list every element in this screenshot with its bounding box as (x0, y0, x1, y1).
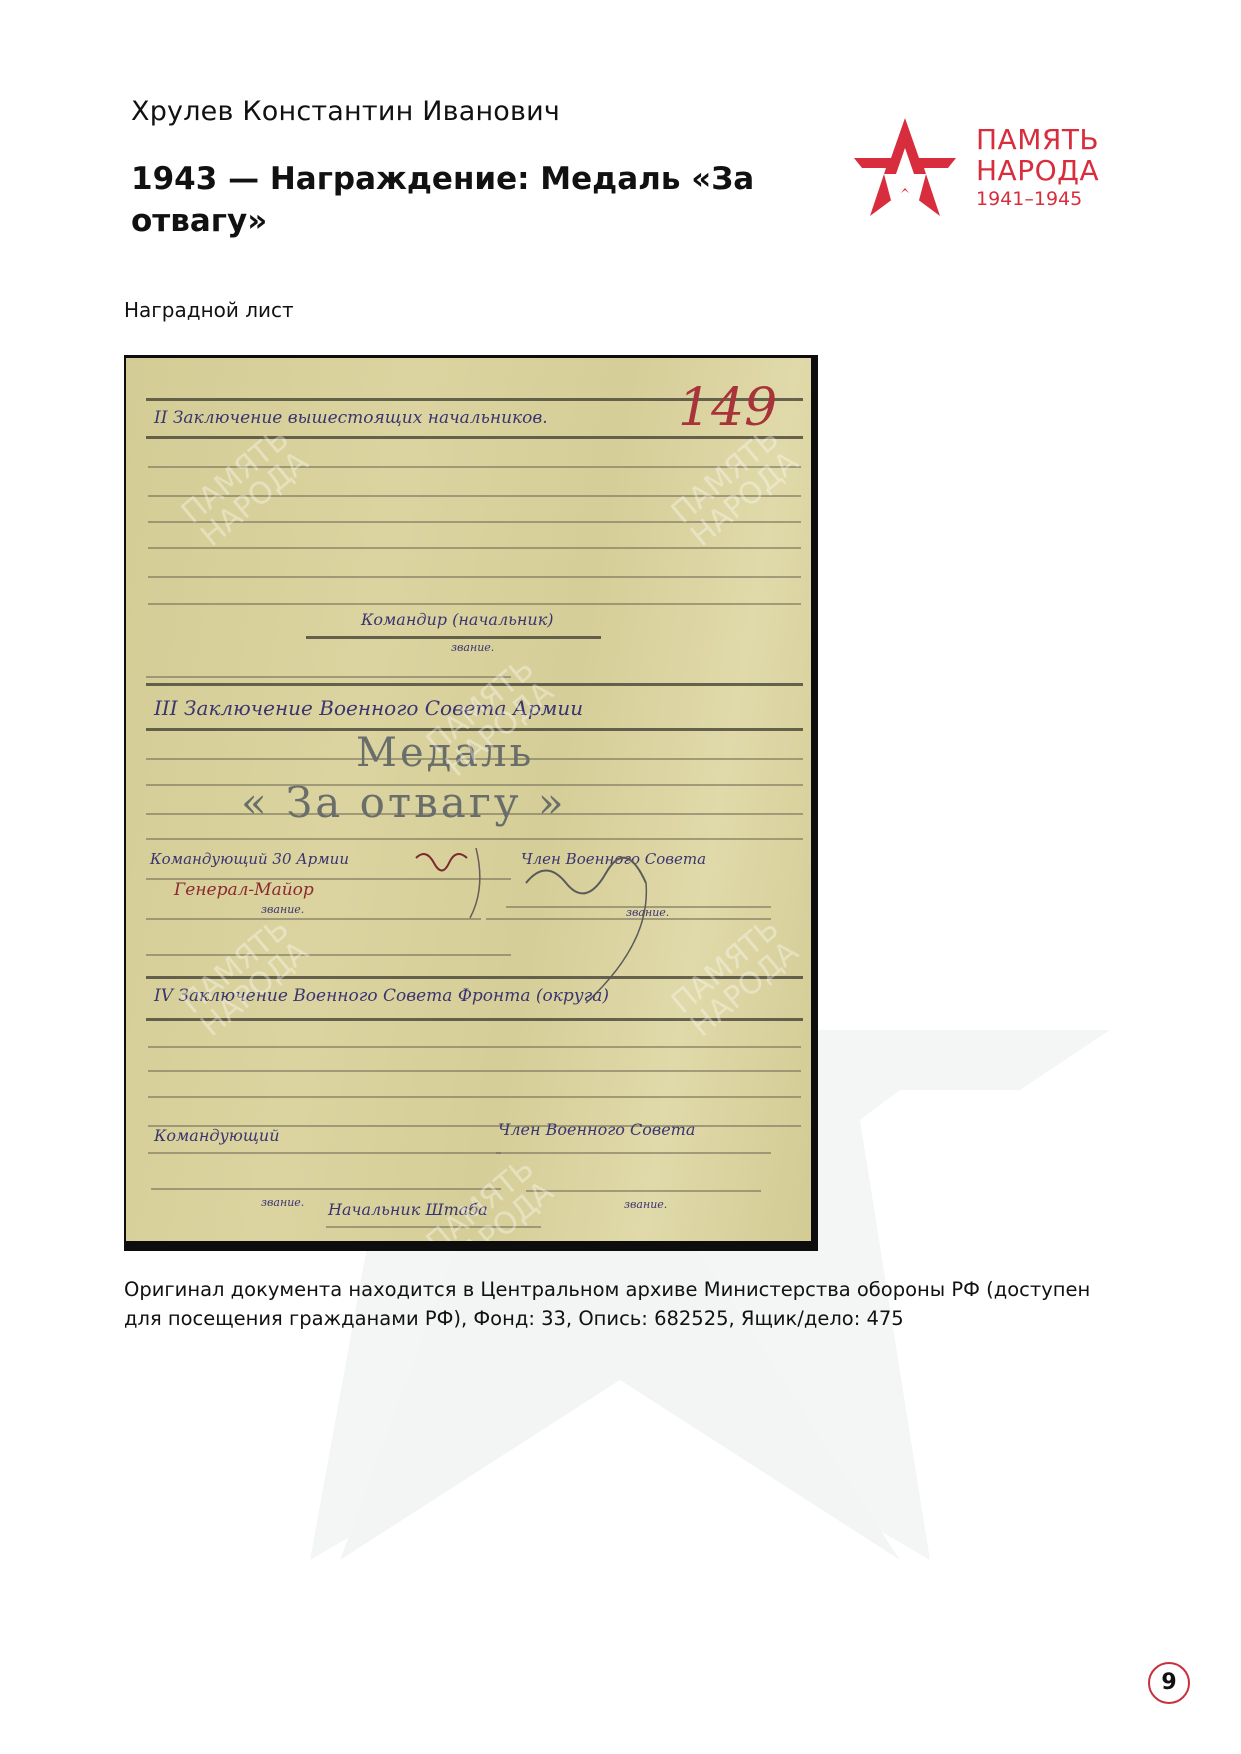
logo-years: 1941–1945 (976, 186, 1099, 212)
award-line-2: « За отвагу » (241, 778, 567, 827)
section-2-heading: II Заключение вышестоящих начальников. (154, 408, 548, 428)
scan-watermark: ПАМЯТЬНАРОДА (177, 914, 314, 1043)
document-caption: Наградной лист (124, 298, 294, 322)
section-3-commander: Командующий 30 Армии (150, 850, 349, 868)
person-name: Хрулев Константин Иванович (131, 96, 560, 127)
award-sheet-scan[interactable]: II Заключение вышестоящих начальников. 1… (124, 355, 818, 1251)
logo-text-line2: НАРОДА (976, 155, 1099, 186)
section-3-rank-label-left: звание. (261, 903, 304, 916)
award-sheet-paper: II Заключение вышестоящих начальников. 1… (126, 358, 811, 1241)
page-number: 9 (1148, 1662, 1190, 1704)
scan-watermark: ПАМЯТЬНАРОДА (667, 424, 804, 553)
signatures (356, 828, 656, 1008)
red-star-icon (852, 118, 962, 218)
archive-source-note: Оригинал документа находится в Центральн… (124, 1275, 1104, 1333)
section-4-commander: Командующий (154, 1126, 280, 1145)
scan-watermark: ПАМЯТЬНАРОДА (667, 914, 804, 1043)
section-2-signature-label: Командир (начальник) (361, 610, 553, 629)
section-4-member: Член Военного Совета (498, 1120, 695, 1139)
section-4-rank-label-left: звание. (261, 1196, 304, 1209)
section-2-rank-label: звание. (451, 641, 494, 654)
pamyat-naroda-logo[interactable]: ПАМЯТЬ НАРОДА 1941–1945 (852, 118, 1132, 218)
page-title: 1943 — Награждение: Медаль «За отвагу» (131, 158, 771, 242)
section-4-rank-label-right: звание. (624, 1198, 667, 1211)
logo-text-line1: ПАМЯТЬ (976, 124, 1099, 155)
section-3-commander-rank: Генерал-Майор (174, 880, 314, 900)
scan-watermark: ПАМЯТЬНАРОДА (177, 424, 314, 553)
